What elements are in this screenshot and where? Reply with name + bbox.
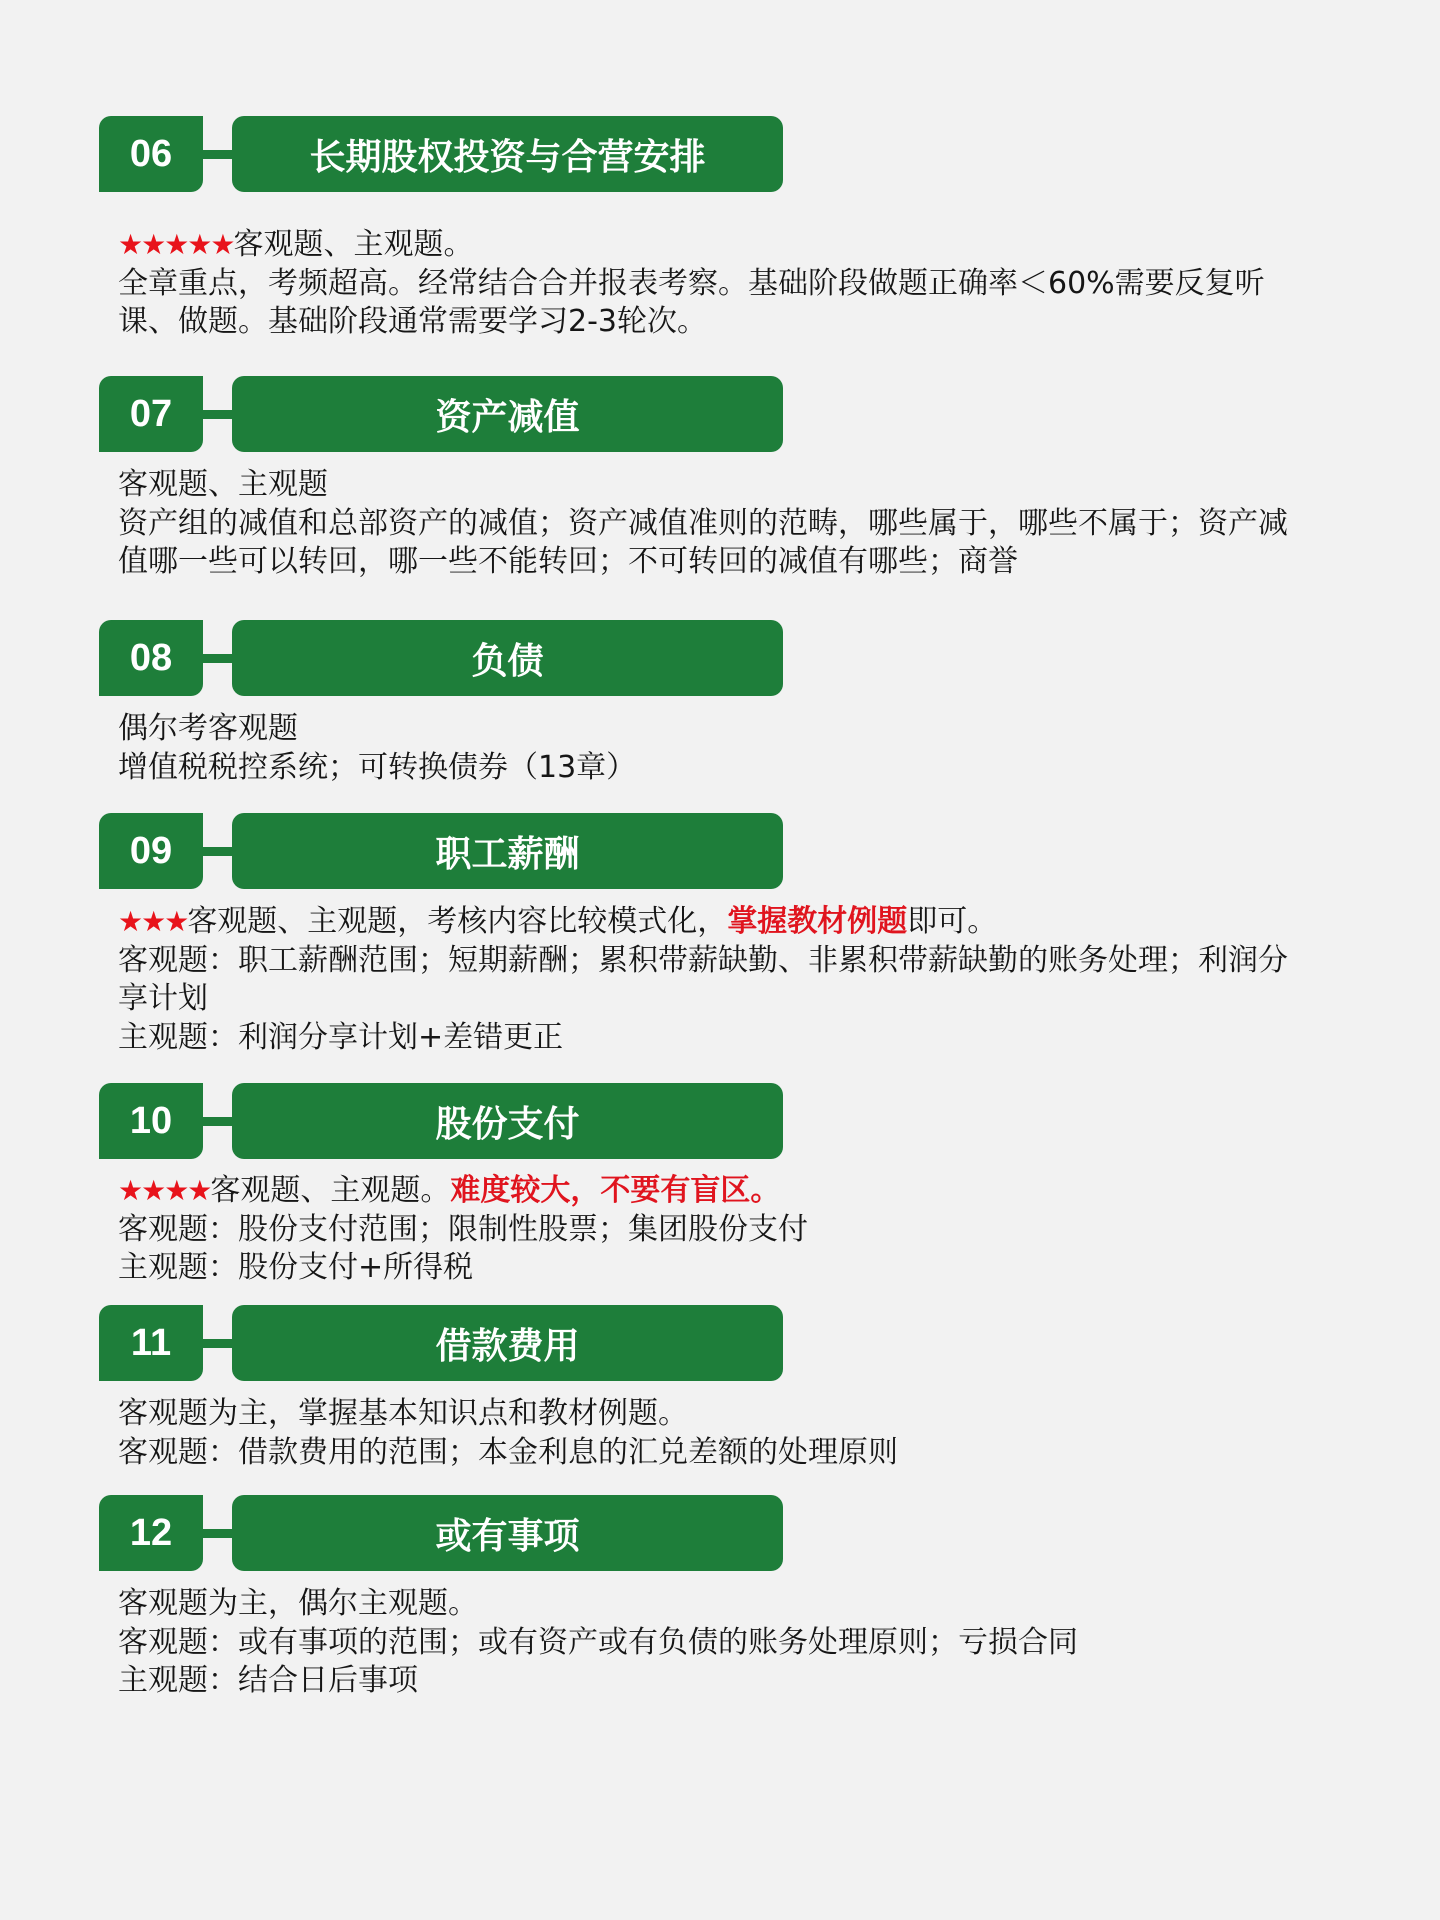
connector-line xyxy=(203,1339,233,1348)
section-body-12: 客观题为主，偶尔主观题。 客观题：或有事项的范围；或有资产或有负债的账务处理原则… xyxy=(118,1585,1313,1701)
section-header-07: 07 资产减值 xyxy=(99,376,783,452)
section-header-08: 08 负债 xyxy=(99,620,783,696)
summary-line: 偶尔考客观题 xyxy=(118,710,1313,749)
emphasis-text: 难度较大，不要有盲区。 xyxy=(450,1173,780,1208)
chapter-number-badge: 08 xyxy=(99,620,203,696)
connector-line xyxy=(203,410,233,419)
objective-line: 客观题：借款费用的范围；本金利息的汇兑差额的处理原则 xyxy=(118,1434,1313,1473)
chapter-number-badge: 07 xyxy=(99,376,203,452)
star-rating-icon: ★★★★★ xyxy=(118,228,234,261)
summary-text: 客观题、主观题，考核内容比较模式化， xyxy=(187,904,727,939)
section-body-06: ★★★★★客观题、主观题。 全章重点，考频超高。经常结合合并报表考察。基础阶段做… xyxy=(118,226,1313,342)
chapter-number-badge: 11 xyxy=(99,1305,203,1381)
summary-line: 客观题为主，偶尔主观题。 xyxy=(118,1585,1313,1624)
chapter-number-badge: 12 xyxy=(99,1495,203,1571)
section-body-08: 偶尔考客观题 增值税税控系统；可转换债券（13章） xyxy=(118,710,1313,787)
summary-line: ★★★★★客观题、主观题。 xyxy=(118,226,1313,265)
chapter-number-badge: 10 xyxy=(99,1083,203,1159)
section-header-12: 12 或有事项 xyxy=(99,1495,783,1571)
subjective-line: 主观题：股份支付+所得税 xyxy=(118,1249,1313,1288)
connector-line xyxy=(203,1529,233,1538)
connector-line xyxy=(203,654,233,663)
connector-line xyxy=(203,150,233,159)
connector-line xyxy=(203,1117,233,1126)
section-body-09: ★★★客观题、主观题，考核内容比较模式化，掌握教材例题即可。 客观题：职工薪酬范… xyxy=(118,903,1313,1057)
summary-line: ★★★★客观题、主观题。难度较大，不要有盲区。 xyxy=(118,1172,1313,1211)
star-rating-icon: ★★★ xyxy=(118,905,187,938)
detail-line: 增值税税控系统；可转换债券（13章） xyxy=(118,749,1313,788)
summary-line: 客观题、主观题 xyxy=(118,466,1313,505)
chapter-title: 职工薪酬 xyxy=(232,813,783,889)
objective-line: 客观题：职工薪酬范围；短期薪酬；累积带薪缺勤、非累积带薪缺勤的账务处理；利润分享… xyxy=(118,942,1313,1019)
chapter-title: 股份支付 xyxy=(232,1083,783,1159)
section-header-10: 10 股份支付 xyxy=(99,1083,783,1159)
summary-text-after: 即可。 xyxy=(907,904,997,939)
section-body-10: ★★★★客观题、主观题。难度较大，不要有盲区。 客观题：股份支付范围；限制性股票… xyxy=(118,1172,1313,1288)
chapter-title: 借款费用 xyxy=(232,1305,783,1381)
section-header-11: 11 借款费用 xyxy=(99,1305,783,1381)
section-header-06: 06 长期股权投资与合营安排 xyxy=(99,116,783,192)
chapter-number-badge: 06 xyxy=(99,116,203,192)
chapter-title: 负债 xyxy=(232,620,783,696)
chapter-title: 资产减值 xyxy=(232,376,783,452)
summary-text: 客观题、主观题。 xyxy=(210,1173,450,1208)
star-rating-icon: ★★★★ xyxy=(118,1174,210,1207)
section-header-09: 09 职工薪酬 xyxy=(99,813,783,889)
subjective-line: 主观题：利润分享计划+差错更正 xyxy=(118,1019,1313,1058)
detail-line: 全章重点，考频超高。经常结合合并报表考察。基础阶段做题正确率＜60%需要反复听课… xyxy=(118,265,1313,342)
detail-line: 资产组的减值和总部资产的减值；资产减值准则的范畴，哪些属于，哪些不属于；资产减值… xyxy=(118,505,1313,582)
connector-line xyxy=(203,847,233,856)
summary-line: 客观题为主，掌握基本知识点和教材例题。 xyxy=(118,1395,1313,1434)
objective-line: 客观题：股份支付范围；限制性股票；集团股份支付 xyxy=(118,1211,1313,1250)
section-body-07: 客观题、主观题 资产组的减值和总部资产的减值；资产减值准则的范畴，哪些属于，哪些… xyxy=(118,466,1313,582)
section-body-11: 客观题为主，掌握基本知识点和教材例题。 客观题：借款费用的范围；本金利息的汇兑差… xyxy=(118,1395,1313,1472)
objective-line: 客观题：或有事项的范围；或有资产或有负债的账务处理原则；亏损合同 xyxy=(118,1624,1313,1663)
emphasis-text: 掌握教材例题 xyxy=(727,904,907,939)
chapter-title: 长期股权投资与合营安排 xyxy=(232,116,783,192)
chapter-number-badge: 09 xyxy=(99,813,203,889)
summary-text: 客观题、主观题。 xyxy=(234,227,474,262)
summary-line: ★★★客观题、主观题，考核内容比较模式化，掌握教材例题即可。 xyxy=(118,903,1313,942)
chapter-title: 或有事项 xyxy=(232,1495,783,1571)
subjective-line: 主观题：结合日后事项 xyxy=(118,1662,1313,1701)
